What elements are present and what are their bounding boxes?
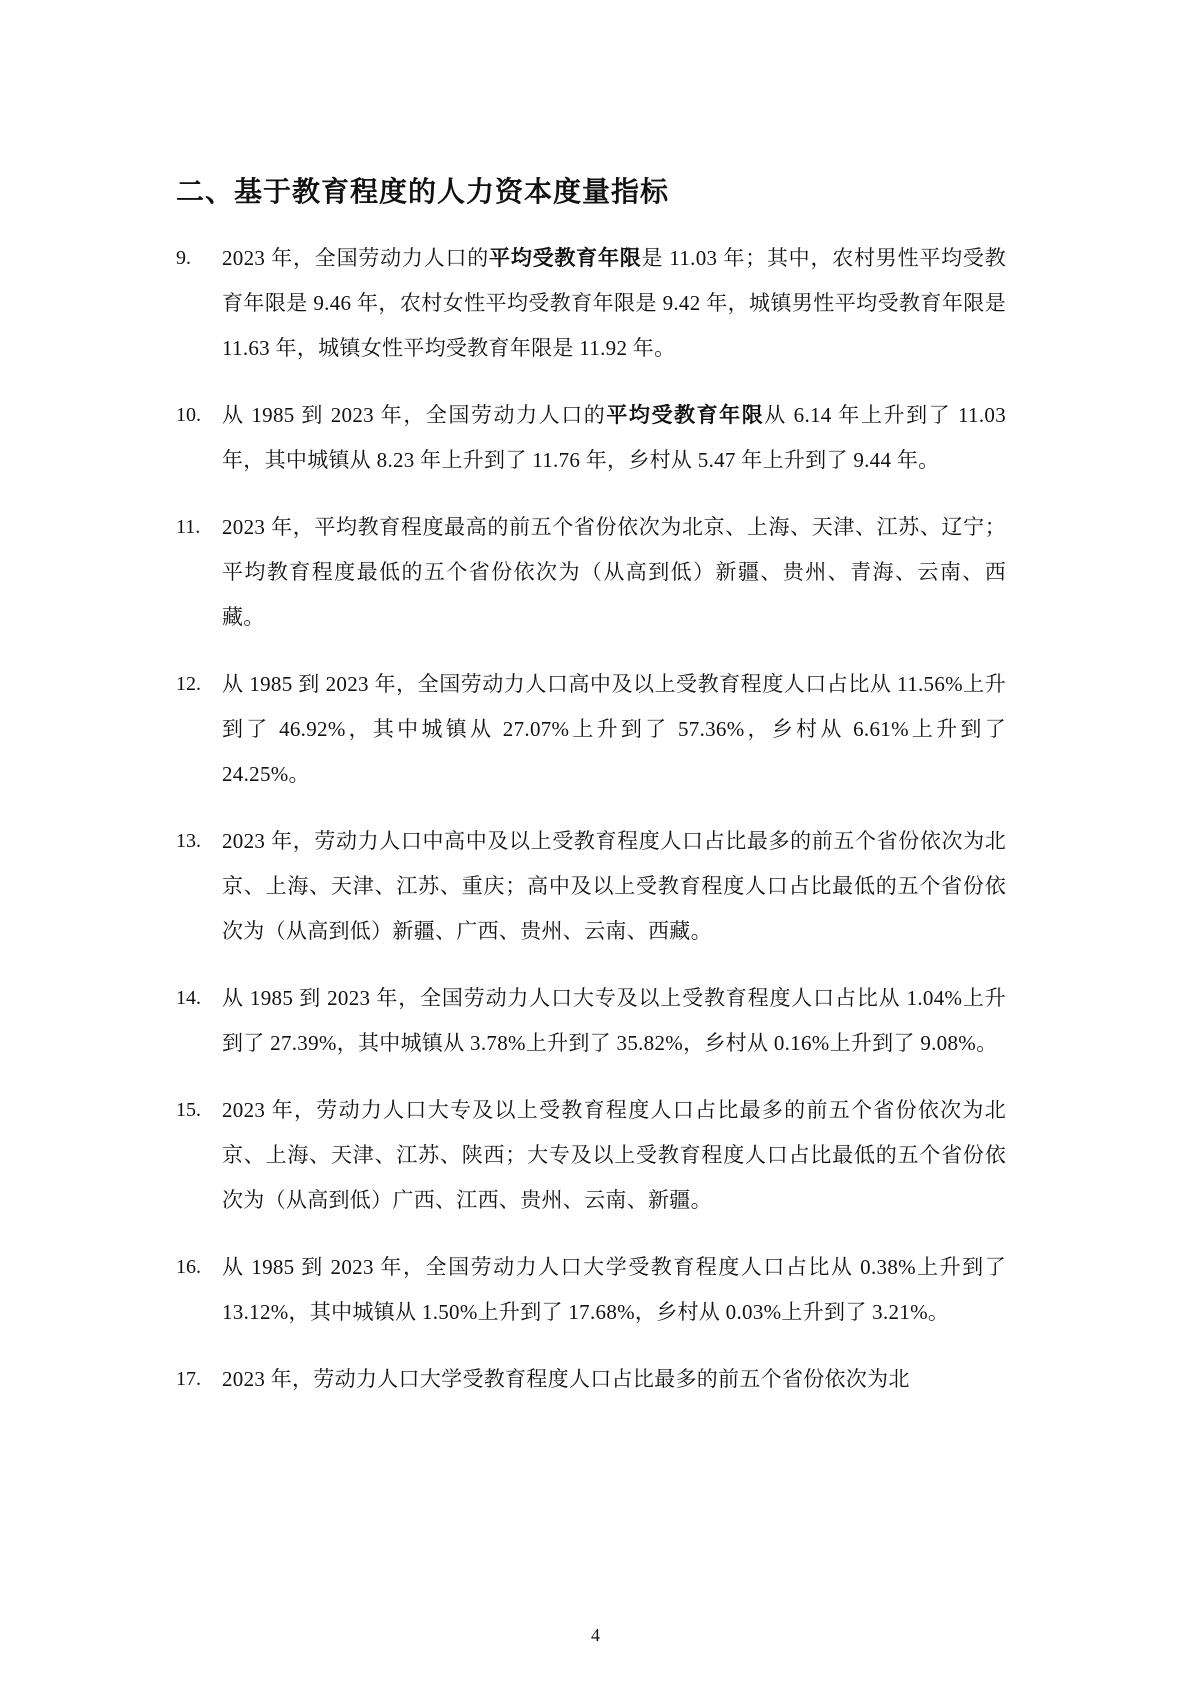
list-item-number: 11.	[176, 505, 222, 550]
list-item-text: 2023 年，平均教育程度最高的前五个省份依次为北京、上海、天津、江苏、辽宁；平…	[222, 505, 1006, 640]
list-item: 9.2023 年，全国劳动力人口的平均受教育年限是 11.03 年；其中，农村男…	[176, 236, 1006, 371]
list-item: 14.从 1985 到 2023 年，全国劳动力人口大专及以上受教育程度人口占比…	[176, 976, 1006, 1066]
text-run: 2023 年，劳动力人口大专及以上受教育程度人口占比最多的前五个省份依次为北京、…	[222, 1098, 1006, 1212]
text-run: 从 1985 到 2023 年，全国劳动力人口的	[222, 403, 606, 427]
document-page: 二、基于教育程度的人力资本度量指标 9.2023 年，全国劳动力人口的平均受教育…	[0, 0, 1191, 1684]
list-item: 17.2023 年，劳动力人口大学受教育程度人口占比最多的前五个省份依次为北	[176, 1357, 1006, 1402]
numbered-list: 9.2023 年，全国劳动力人口的平均受教育年限是 11.03 年；其中，农村男…	[176, 236, 1006, 1424]
list-item-number: 14.	[176, 976, 222, 1021]
list-item: 16.从 1985 到 2023 年，全国劳动力人口大学受教育程度人口占比从 0…	[176, 1245, 1006, 1335]
text-run: 2023 年，平均教育程度最高的前五个省份依次为北京、上海、天津、江苏、辽宁；平…	[222, 515, 1006, 629]
list-item: 10.从 1985 到 2023 年，全国劳动力人口的平均受教育年限从 6.14…	[176, 393, 1006, 483]
list-item-number: 15.	[176, 1088, 222, 1133]
list-item-text: 2023 年，劳动力人口大学受教育程度人口占比最多的前五个省份依次为北	[222, 1357, 1006, 1402]
text-run: 2023 年，全国劳动力人口的	[222, 246, 489, 270]
text-run: 从 1985 到 2023 年，全国劳动力人口大专及以上受教育程度人口占比从 1…	[222, 986, 1006, 1055]
list-item-text: 从 1985 到 2023 年，全国劳动力人口大学受教育程度人口占比从 0.38…	[222, 1245, 1006, 1335]
list-item-number: 16.	[176, 1245, 222, 1290]
list-item-text: 从 1985 到 2023 年，全国劳动力人口的平均受教育年限从 6.14 年上…	[222, 393, 1006, 483]
text-run: 从 1985 到 2023 年，全国劳动力人口高中及以上受教育程度人口占比从 1…	[222, 672, 1006, 786]
list-item-text: 2023 年，劳动力人口中高中及以上受教育程度人口占比最多的前五个省份依次为北京…	[222, 819, 1006, 954]
list-item: 11.2023 年，平均教育程度最高的前五个省份依次为北京、上海、天津、江苏、辽…	[176, 505, 1006, 640]
text-run: 从 1985 到 2023 年，全国劳动力人口大学受教育程度人口占比从 0.38…	[222, 1255, 1006, 1324]
emphasized-term: 平均受教育年限	[489, 246, 641, 270]
list-item: 13.2023 年，劳动力人口中高中及以上受教育程度人口占比最多的前五个省份依次…	[176, 819, 1006, 954]
list-item: 12.从 1985 到 2023 年，全国劳动力人口高中及以上受教育程度人口占比…	[176, 662, 1006, 797]
list-item-number: 17.	[176, 1357, 222, 1402]
list-item-text: 2023 年，全国劳动力人口的平均受教育年限是 11.03 年；其中，农村男性平…	[222, 236, 1006, 371]
list-item-number: 10.	[176, 393, 222, 438]
section-heading: 二、基于教育程度的人力资本度量指标	[176, 170, 669, 210]
list-item-number: 9.	[176, 236, 222, 281]
text-run: 2023 年，劳动力人口中高中及以上受教育程度人口占比最多的前五个省份依次为北京…	[222, 829, 1006, 943]
list-item: 15.2023 年，劳动力人口大专及以上受教育程度人口占比最多的前五个省份依次为…	[176, 1088, 1006, 1223]
list-item-text: 从 1985 到 2023 年，全国劳动力人口大专及以上受教育程度人口占比从 1…	[222, 976, 1006, 1066]
page-number: 4	[0, 1625, 1191, 1646]
text-run: 2023 年，劳动力人口大学受教育程度人口占比最多的前五个省份依次为北	[222, 1367, 910, 1391]
list-item-number: 12.	[176, 662, 222, 707]
list-item-text: 从 1985 到 2023 年，全国劳动力人口高中及以上受教育程度人口占比从 1…	[222, 662, 1006, 797]
list-item-text: 2023 年，劳动力人口大专及以上受教育程度人口占比最多的前五个省份依次为北京、…	[222, 1088, 1006, 1223]
list-item-number: 13.	[176, 819, 222, 864]
emphasized-term: 平均受教育年限	[606, 403, 764, 427]
